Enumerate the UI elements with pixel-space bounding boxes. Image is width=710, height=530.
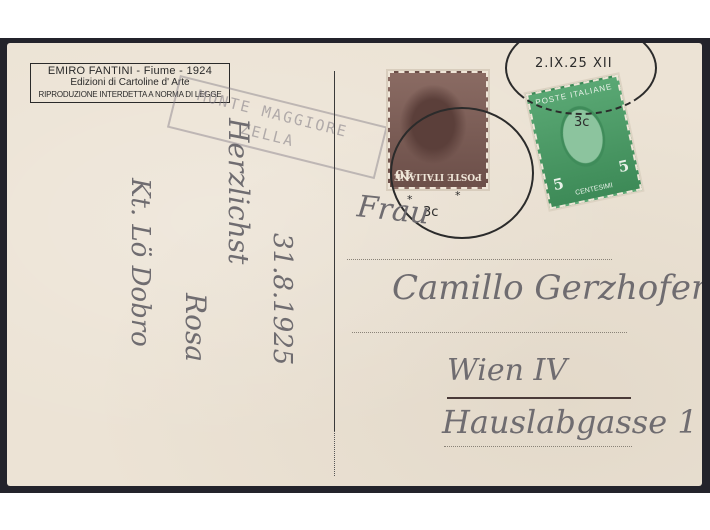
postcard: EMIRO FANTINI - Fiume - 1924 Edizioni di… — [7, 43, 702, 486]
address-line-4 — [444, 446, 632, 447]
message-greeting: Herzlichst — [222, 118, 255, 264]
vertical-divider-dotted — [334, 431, 335, 476]
postmark-star-right: * — [455, 189, 461, 202]
address-line-2 — [352, 332, 627, 333]
recipient-city: Wien IV — [447, 353, 567, 388]
postmark-code: 3c — [574, 115, 589, 130]
recipient-street: Hauslabgasse 1 — [442, 403, 698, 441]
address-line-3 — [447, 397, 631, 399]
stamp-value-right: 5 — [617, 156, 631, 176]
recipient-salutation: Frau — [355, 189, 431, 231]
publisher-name: EMIRO FANTINI - Fiume - 1924 — [31, 65, 229, 77]
recipient-name: Camillo Gerzhofer — [392, 268, 702, 308]
address-line-1 — [347, 259, 612, 260]
rectangular-cancellation: MONTE MAGGIORE ZELLA — [167, 75, 388, 179]
message-date: 31.8.1925 — [267, 233, 297, 365]
stamp-value-left: 5 — [551, 174, 565, 194]
postmark-date: 2.IX.25 XII — [535, 56, 613, 71]
message-signature: Rosa — [179, 293, 212, 362]
vertical-divider — [334, 71, 335, 431]
sender-note: Kt. Lö Dobro — [125, 178, 155, 347]
